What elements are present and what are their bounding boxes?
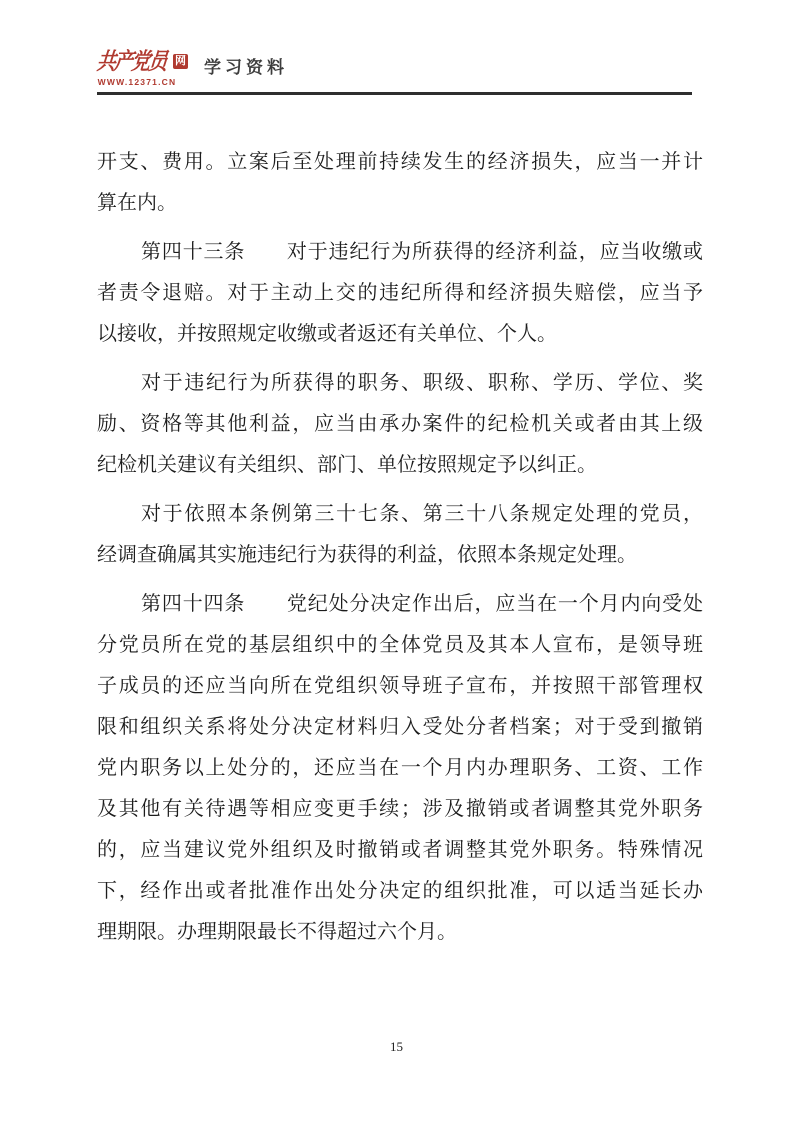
logo-calligraphy-text: 共产党员 — [96, 50, 167, 73]
paragraph: 开支、费用。立案后至处理前持续发生的经济损失，应当一并计算在内。 — [97, 142, 703, 224]
text-line: 第四十三条 对于违纪行为所获得的经济利益，应当收缴或 — [97, 232, 703, 273]
site-logo: 共产党员 网 WWW.12371.CN — [97, 48, 188, 87]
paragraph: 对于依照本条例第三十七条、第三十八条规定处理的党员，经调查确属其实施违纪行为获得… — [97, 494, 703, 576]
logo-net-badge: 网 — [173, 54, 188, 69]
paragraph: 第四十三条 对于违纪行为所获得的经济利益，应当收缴或者责令退赔。对于主动上交的违… — [97, 232, 703, 355]
text-line: 第四十四条 党纪处分决定作出后，应当在一个月内向受处 — [97, 584, 703, 625]
document-body: 开支、费用。立案后至处理前持续发生的经济损失，应当一并计算在内。第四十三条 对于… — [97, 142, 703, 961]
header-subtitle: 学习资料 — [204, 53, 288, 78]
document-page: 共产党员 网 WWW.12371.CN 学习资料 开支、费用。立案后至处理前持续… — [0, 0, 793, 1122]
text-line: 者责令退赔。对于主动上交的违纪所得和经济损失赔偿，应当予 — [97, 273, 703, 314]
text-line: 理期限。办理期限最长不得超过六个月。 — [97, 912, 703, 953]
text-line: 对于违纪行为所获得的职务、职级、职称、学历、学位、奖 — [97, 363, 703, 404]
text-line: 分党员所在党的基层组织中的全体党员及其本人宣布，是领导班 — [97, 625, 703, 666]
paragraph: 对于违纪行为所获得的职务、职级、职称、学历、学位、奖励、资格等其他利益，应当由承… — [97, 363, 703, 486]
text-line: 以接收，并按照规定收缴或者返还有关单位、个人。 — [97, 314, 703, 355]
paragraph: 第四十四条 党纪处分决定作出后，应当在一个月内向受处分党员所在党的基层组织中的全… — [97, 584, 703, 953]
text-line: 限和组织关系将处分决定材料归入受处分者档案；对于受到撤销 — [97, 707, 703, 748]
logo-row: 共产党员 网 — [97, 48, 188, 74]
text-line: 算在内。 — [97, 183, 703, 224]
header-rule — [97, 92, 692, 95]
text-line: 对于依照本条例第三十七条、第三十八条规定处理的党员， — [97, 494, 703, 535]
text-line: 及其他有关待遇等相应变更手续；涉及撤销或者调整其党外职务 — [97, 789, 703, 830]
text-line: 励、资格等其他利益，应当由承办案件的纪检机关或者由其上级 — [97, 404, 703, 445]
text-line: 下，经作出或者批准作出处分决定的组织批准，可以适当延长办 — [97, 871, 703, 912]
page-header: 共产党员 网 WWW.12371.CN 学习资料 — [97, 48, 288, 87]
text-line: 纪检机关建议有关组织、部门、单位按照规定予以纠正。 — [97, 445, 703, 486]
text-line: 党内职务以上处分的，还应当在一个月内办理职务、工资、工作 — [97, 748, 703, 789]
text-line: 子成员的还应当向所在党组织领导班子宣布，并按照干部管理权 — [97, 666, 703, 707]
logo-url-text: WWW.12371.CN — [97, 77, 177, 87]
page-footer: 15 — [0, 1038, 793, 1056]
text-line: 的，应当建议党外组织及时撤销或者调整其党外职务。特殊情况 — [97, 830, 703, 871]
page-number: 15 — [390, 1039, 403, 1054]
text-line: 经调查确属其实施违纪行为获得的利益，依照本条规定处理。 — [97, 535, 703, 576]
text-line: 开支、费用。立案后至处理前持续发生的经济损失，应当一并计 — [97, 142, 703, 183]
